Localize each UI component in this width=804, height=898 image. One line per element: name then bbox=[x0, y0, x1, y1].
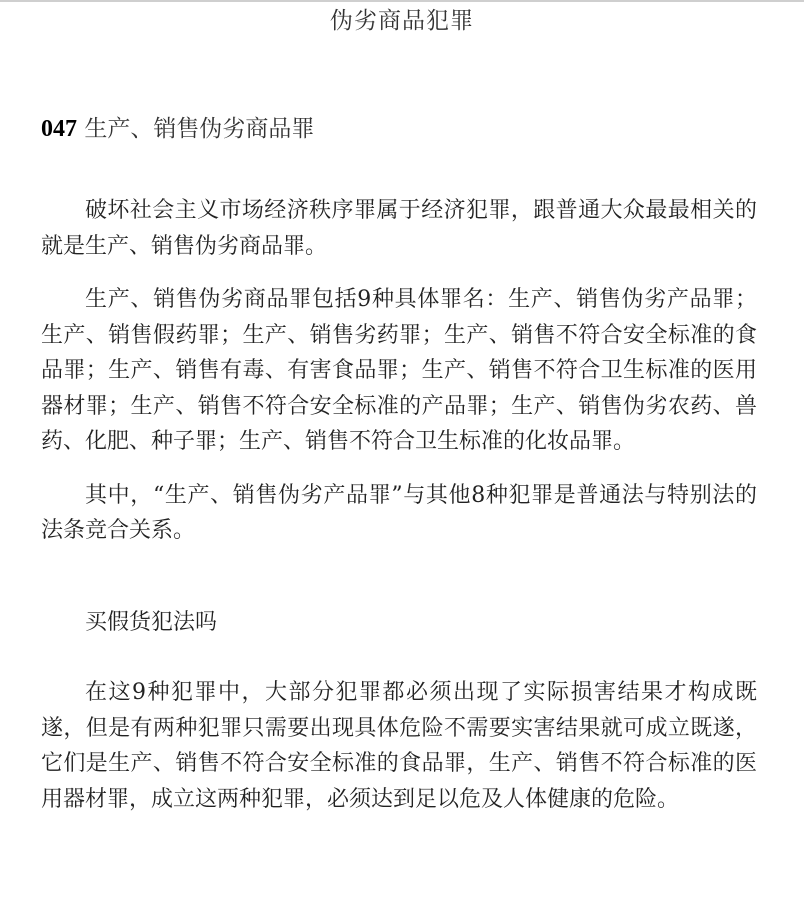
paragraph-crime-list: 生产、销售伪劣商品罪包括9种具体罪名：生产、销售伪劣产品罪；生产、销售假药罪；生… bbox=[41, 282, 757, 460]
section-heading: 047 生产、销售伪劣商品罪 bbox=[41, 112, 757, 146]
paragraph-relationship: 其中，“生产、销售伪劣产品罪”与其他8种犯罪是普通法与特别法的法条竞合关系。 bbox=[41, 478, 757, 549]
top-divider bbox=[0, 0, 804, 2]
paragraph-closing: 在这9种犯罪中，大部分犯罪都必须出现了实际损害结果才构成既遂，但是有两种犯罪只需… bbox=[41, 675, 757, 817]
page-title: 伪劣商品犯罪 bbox=[0, 6, 804, 36]
subheading: 买假货犯法吗 bbox=[41, 605, 757, 641]
article-body: 047 生产、销售伪劣商品罪 破坏社会主义市场经济秩序罪属于经济犯罪，跟普通大众… bbox=[41, 112, 757, 817]
paragraph-intro: 破坏社会主义市场经济秩序罪属于经济犯罪，跟普通大众最最相关的就是生产、销售伪劣商… bbox=[41, 193, 757, 264]
section-number: 047 bbox=[41, 116, 77, 142]
section-title: 生产、销售伪劣商品罪 bbox=[84, 116, 314, 142]
